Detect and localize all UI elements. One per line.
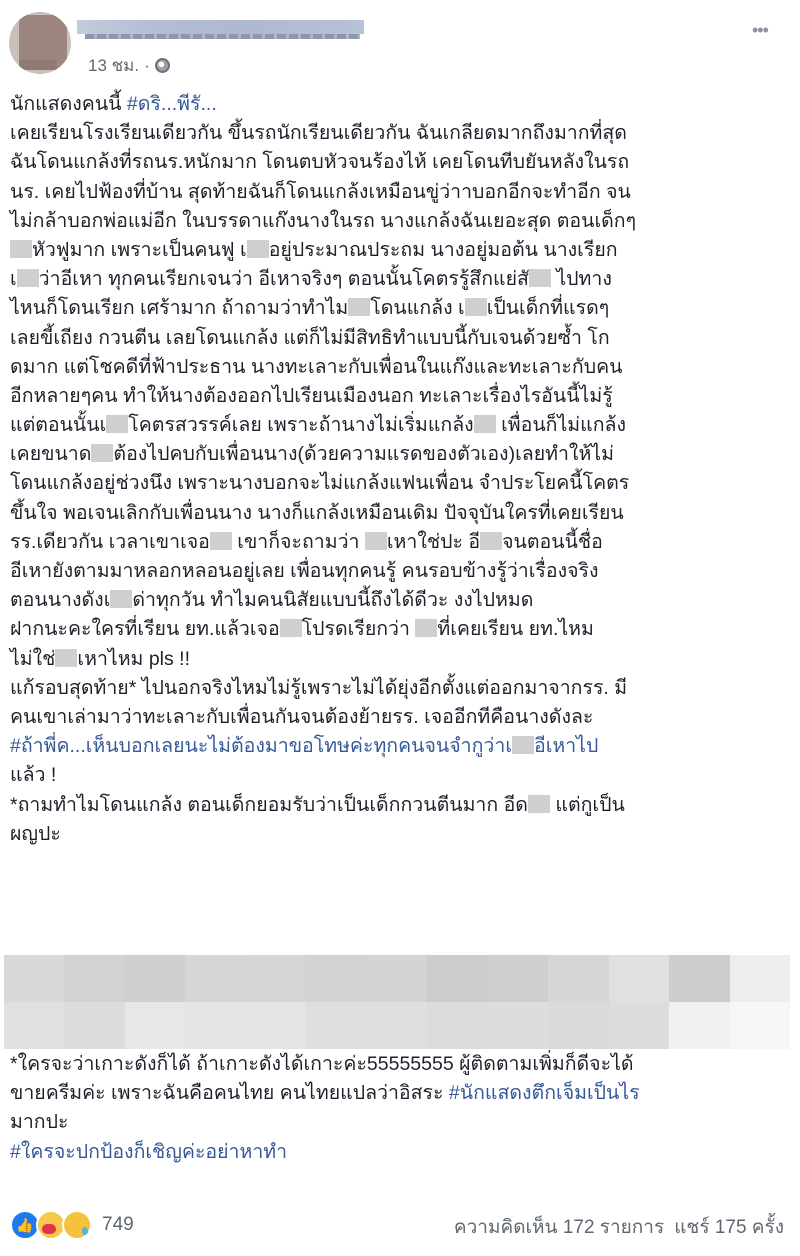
line-text: โคตรสวรรค์เลย เพราะถ้านางไม่เริ่มแกล้ง [128,414,473,436]
line-text: ตอนนางดังเ [10,589,110,611]
line-text: เลยขี้เถียง กวนตีน เลยโดนแกล้ง แต่ก็ไม่ม… [10,327,610,349]
mosaic-tile [548,1002,608,1049]
mosaic-tile [64,955,124,1002]
post-text-line: ขึ้นใจ พอเจนเลิกกับเพื่อนนาง นางก็แกล้งเ… [10,499,795,528]
line-text: โปรดเรียกว่า [302,618,416,640]
redaction-box [106,415,128,433]
line-text: อีกหลายๆคน ทำให้นางต้องออกไปเรียนเมืองนอ… [10,385,613,407]
redaction-box [465,298,487,316]
line-text: ไม่กล้าบอกพ่อแม่อีก ในบรรดาแก๊งนางในรถ น… [10,210,636,232]
line-text: นักแสดงคนนี้ [10,93,127,115]
line-text: เคยขนาด [10,443,91,465]
mosaic-tile [4,955,64,1002]
mosaic-tile [185,955,245,1002]
post-text-line: นักแสดงคนนี้ #ดริ...พีรั... [10,90,795,119]
mosaic-tile [669,955,729,1002]
post-text-line: *ใครจะว่าเกาะดังก็ได้ ถ้าเกาะดังได้เกาะค… [10,1050,795,1079]
mosaic-tile [64,1002,124,1049]
post-text-line: #ถ้าพี่ค...เห็นบอกเลยนะไม่ต้องมาขอโทษค่ะ… [10,732,795,761]
mosaic-tile [669,1002,729,1049]
post-text-line: เคยขนาดต้องไปคบกับเพื่อนนาง(ด้วยความแรดข… [10,440,795,469]
line-text: ฉันโดนแกล้งที่รถนร.หนักมาก โดนตบหัวจนร้อ… [10,151,629,173]
mosaic-tile [306,955,366,1002]
line-text: โดนแกล้งอยู่ช่วงนึง เพราะนางบอกจะไม่แกล้… [10,472,629,494]
line-text: *ถามทำไมโดนแกล้ง ตอนเด็กยอมรับว่าเป็นเด็… [10,794,528,816]
author-avatar[interactable] [9,12,71,74]
mosaic-tile [488,955,548,1002]
line-text: อยู่ประมาณประถม นางอยู่มอต้น นางเรียก [269,239,618,261]
post-text-line: ขายครีมค่ะ เพราะฉันคือคนไทย คนไทยแปลว่าอ… [10,1079,795,1108]
line-text: นร. เคยไปฟ้องที่บ้าน สุดท้ายฉันก็โดนแกล้… [10,181,631,203]
shares-count-link[interactable]: แชร์ 175 ครั้ง [674,1212,784,1242]
post-text-line: ไหนก็โดนเรียก เศร้ามาก ถ้าถามว่าทำไมโดนแ… [10,294,795,323]
mosaic-tile [367,1002,427,1049]
line-text: ที่เคยเรียน ยท.ไหม [437,618,594,640]
line-text: ขายครีมค่ะ เพราะฉันคือคนไทย คนไทยแปลว่าอ… [10,1082,449,1104]
mosaic-tile [730,1002,790,1049]
post-header: 13 ชม. · ••• [0,0,800,90]
hashtag-link[interactable]: อีเหาไป [534,735,598,757]
post-text-line: นร. เคยไปฟ้องที่บ้าน สุดท้ายฉันก็โดนแกล้… [10,178,795,207]
redaction-box [10,240,32,258]
line-text: ผญปะ [10,823,61,845]
line-text: ไปทาง [551,268,612,290]
post-text-line: แก้รอบสุดท้าย* ไปนอกจริงไหมไม่รู้เพราะไม… [10,674,795,703]
post-text-line: เลยขี้เถียง กวนตีน เลยโดนแกล้ง แต่ก็ไม่ม… [10,324,795,353]
mosaic-tile [427,955,487,1002]
redaction-box [365,532,387,550]
post-text-line: ผญปะ [10,820,795,849]
meta-separator: · [144,56,150,76]
line-text: ด่าทุกวัน ทำไมคนนิสัยแบบนี้ถึงได้ดีวะ งง… [132,589,533,611]
redaction-box [512,736,534,754]
engagement-stats: ความคิดเห็น 172 รายการ แชร์ 175 ครั้ง [454,1212,784,1242]
line-text: เหาใช่ปะ อี [387,531,480,553]
redaction-box [528,795,550,813]
post-text-line: แล้ว ! [10,761,795,790]
ellipsis-icon: ••• [752,20,768,40]
pixelated-redacted-block [4,955,790,1049]
post-timestamp[interactable]: 13 ชม. [88,52,139,79]
line-text: ขึ้นใจ พอเจนเลิกกับเพื่อนนาง นางก็แกล้งเ… [10,502,624,524]
line-text: แต่กูเป็น [550,794,625,816]
line-text: ดมาก แต่โชคดีที่ฟ้าประธาน นางทะเลาะกับเพ… [10,356,622,378]
post-text-line: ตอนนางดังเด่าทุกวัน ทำไมคนนิสัยแบบนี้ถึง… [10,586,795,615]
author-name-redacted[interactable] [77,20,364,34]
hashtag-link[interactable]: #ดริ...พีรั... [127,93,217,115]
redaction-box [247,240,269,258]
mosaic-tile [246,955,306,1002]
post-text-line: คนเขาเล่ามาว่าทะเลาะกับเพื่อนกันจนต้องย้… [10,703,795,732]
mosaic-tile [730,955,790,1002]
post-body-continued: *ใครจะว่าเกาะดังก็ได้ ถ้าเกาะดังได้เกาะค… [10,1050,795,1167]
post-text-line: ไม่กล้าบอกพ่อแม่อีก ในบรรดาแก๊งนางในรถ น… [10,207,795,236]
post-text-line: ดมาก แต่โชคดีที่ฟ้าประธาน นางทะเลาะกับเพ… [10,353,795,382]
mosaic-tile [306,1002,366,1049]
line-text: ว่าอีเหา ทุกคนเรียกเจนว่า อีเหาจริงๆ ตอน… [39,268,529,290]
line-text: เหาไหม pls !! [77,648,190,670]
post-text-line: เว่าอีเหา ทุกคนเรียกเจนว่า อีเหาจริงๆ ตอ… [10,265,795,294]
line-text: หัวฟูมาก เพราะเป็นคนฟู เ [32,239,247,261]
post-text-line: แต่ตอนนั้นเโคตรสวรรค์เลย เพราะถ้านางไม่เ… [10,411,795,440]
line-text: แล้ว ! [10,764,56,786]
post-text-line: มากปะ [10,1108,795,1137]
redaction-box [55,649,77,667]
mosaic-tile [609,955,669,1002]
hashtag-link[interactable]: #ใครจะปกป้องก็เชิญค่ะอย่าหาทำ [10,1141,287,1163]
author-name-redacted [85,34,360,39]
redaction-box [280,619,302,637]
line-text: *ใครจะว่าเกาะดังก็ได้ ถ้าเกาะดังได้เกาะค… [10,1053,634,1075]
redaction-box [110,590,132,608]
mosaic-tile [185,1002,245,1049]
hashtag-link[interactable]: #นักแสดงตึกเจ็มเป็นไร [449,1082,640,1104]
redaction-box [17,269,39,287]
comments-count-link[interactable]: ความคิดเห็น 172 รายการ [454,1212,664,1242]
line-text: เ [10,268,17,290]
post-text-line: ไม่ใช่เหาไหม pls !! [10,645,795,674]
redaction-box [415,619,437,637]
mosaic-tile [488,1002,548,1049]
redaction-box [480,532,502,550]
post-text-line: หัวฟูมาก เพราะเป็นคนฟู เอยู่ประมาณประถม … [10,236,795,265]
post-meta: 13 ชม. · [88,52,170,79]
line-text: อีเหายังตามมาหลอกหลอนอยู่เลย เพื่อนทุกคน… [10,560,599,582]
mosaic-tile [4,1002,64,1049]
line-text: จนตอนนี้ชื่อ [502,531,603,553]
post-footer: 👍 749 ความคิดเห็น 172 รายการ แชร์ 175 คร… [0,1200,800,1250]
line-text: มากปะ [10,1111,68,1133]
line-text: โดนแกล้ง เ [370,297,464,319]
mosaic-tile [125,955,185,1002]
line-text: ฝากนะคะใครที่เรียน ยท.แล้วเจอ [10,618,280,640]
mosaic-tile [427,1002,487,1049]
redaction-box [91,444,113,462]
line-text: ไหนก็โดนเรียก เศร้ามาก ถ้าถามว่าทำไม [10,297,348,319]
post-text-line: อีกหลายๆคน ทำให้นางต้องออกไปเรียนเมืองนอ… [10,382,795,411]
post-text-line: ฝากนะคะใครที่เรียน ยท.แล้วเจอโปรดเรียกว่… [10,615,795,644]
post-text-line: *ถามทำไมโดนแกล้ง ตอนเด็กยอมรับว่าเป็นเด็… [10,791,795,820]
post-text-line: ฉันโดนแกล้งที่รถนร.หนักมาก โดนตบหัวจนร้อ… [10,148,795,177]
mosaic-tile [125,1002,185,1049]
reaction-count: 749 [102,1214,134,1236]
post-text-line: #ใครจะปกป้องก็เชิญค่ะอย่าหาทำ [10,1138,795,1167]
mosaic-tile [367,955,427,1002]
line-text: ต้องไปคบกับเพื่อนนาง(ด้วยความแรดของตัวเอ… [113,443,614,465]
line-text: เคยเรียนโรงเรียนเดียวกัน ขึ้นรถนักเรียนเ… [10,122,627,144]
line-text: แก้รอบสุดท้าย* ไปนอกจริงไหมไม่รู้เพราะไม… [10,677,627,699]
line-text: ไม่ใช่ [10,648,55,670]
post-text-line: เคยเรียนโรงเรียนเดียวกัน ขึ้นรถนักเรียนเ… [10,119,795,148]
redaction-box [474,415,496,433]
post-text-line: โดนแกล้งอยู่ช่วงนึง เพราะนางบอกจะไม่แกล้… [10,469,795,498]
redaction-box [529,269,551,287]
line-text: รร.เดียวกัน เวลาเขาเจอ [10,531,210,553]
sad-icon [62,1210,92,1240]
line-text: เขาก็จะถามว่า [232,531,365,553]
line-text: เป็นเด็กที่แรดๆ [487,297,610,319]
mosaic-tile [609,1002,669,1049]
globe-icon[interactable] [155,58,170,73]
line-text: คนเขาเล่ามาว่าทะเลาะกับเพื่อนกันจนต้องย้… [10,706,593,728]
mosaic-tile [548,955,608,1002]
line-text: แต่ตอนนั้นเ [10,414,106,436]
post-text-line: รร.เดียวกัน เวลาเขาเจอ เขาก็จะถามว่า เหา… [10,528,795,557]
post-body: นักแสดงคนนี้ #ดริ...พีรั...เคยเรียนโรงเร… [10,90,795,849]
more-options-button[interactable]: ••• [752,20,768,41]
hashtag-link[interactable]: #ถ้าพี่ค...เห็นบอกเลยนะไม่ต้องมาขอโทษค่ะ… [10,735,512,757]
redaction-box [210,532,232,550]
mosaic-tile [246,1002,306,1049]
post-text-line: อีเหายังตามมาหลอกหลอนอยู่เลย เพื่อนทุกคน… [10,557,795,586]
reactions-summary[interactable]: 👍 749 [10,1210,134,1240]
line-text: เพื่อนก็ไม่แกล้ง [496,414,626,436]
redaction-box [348,298,370,316]
avatar-redaction [19,60,57,70]
